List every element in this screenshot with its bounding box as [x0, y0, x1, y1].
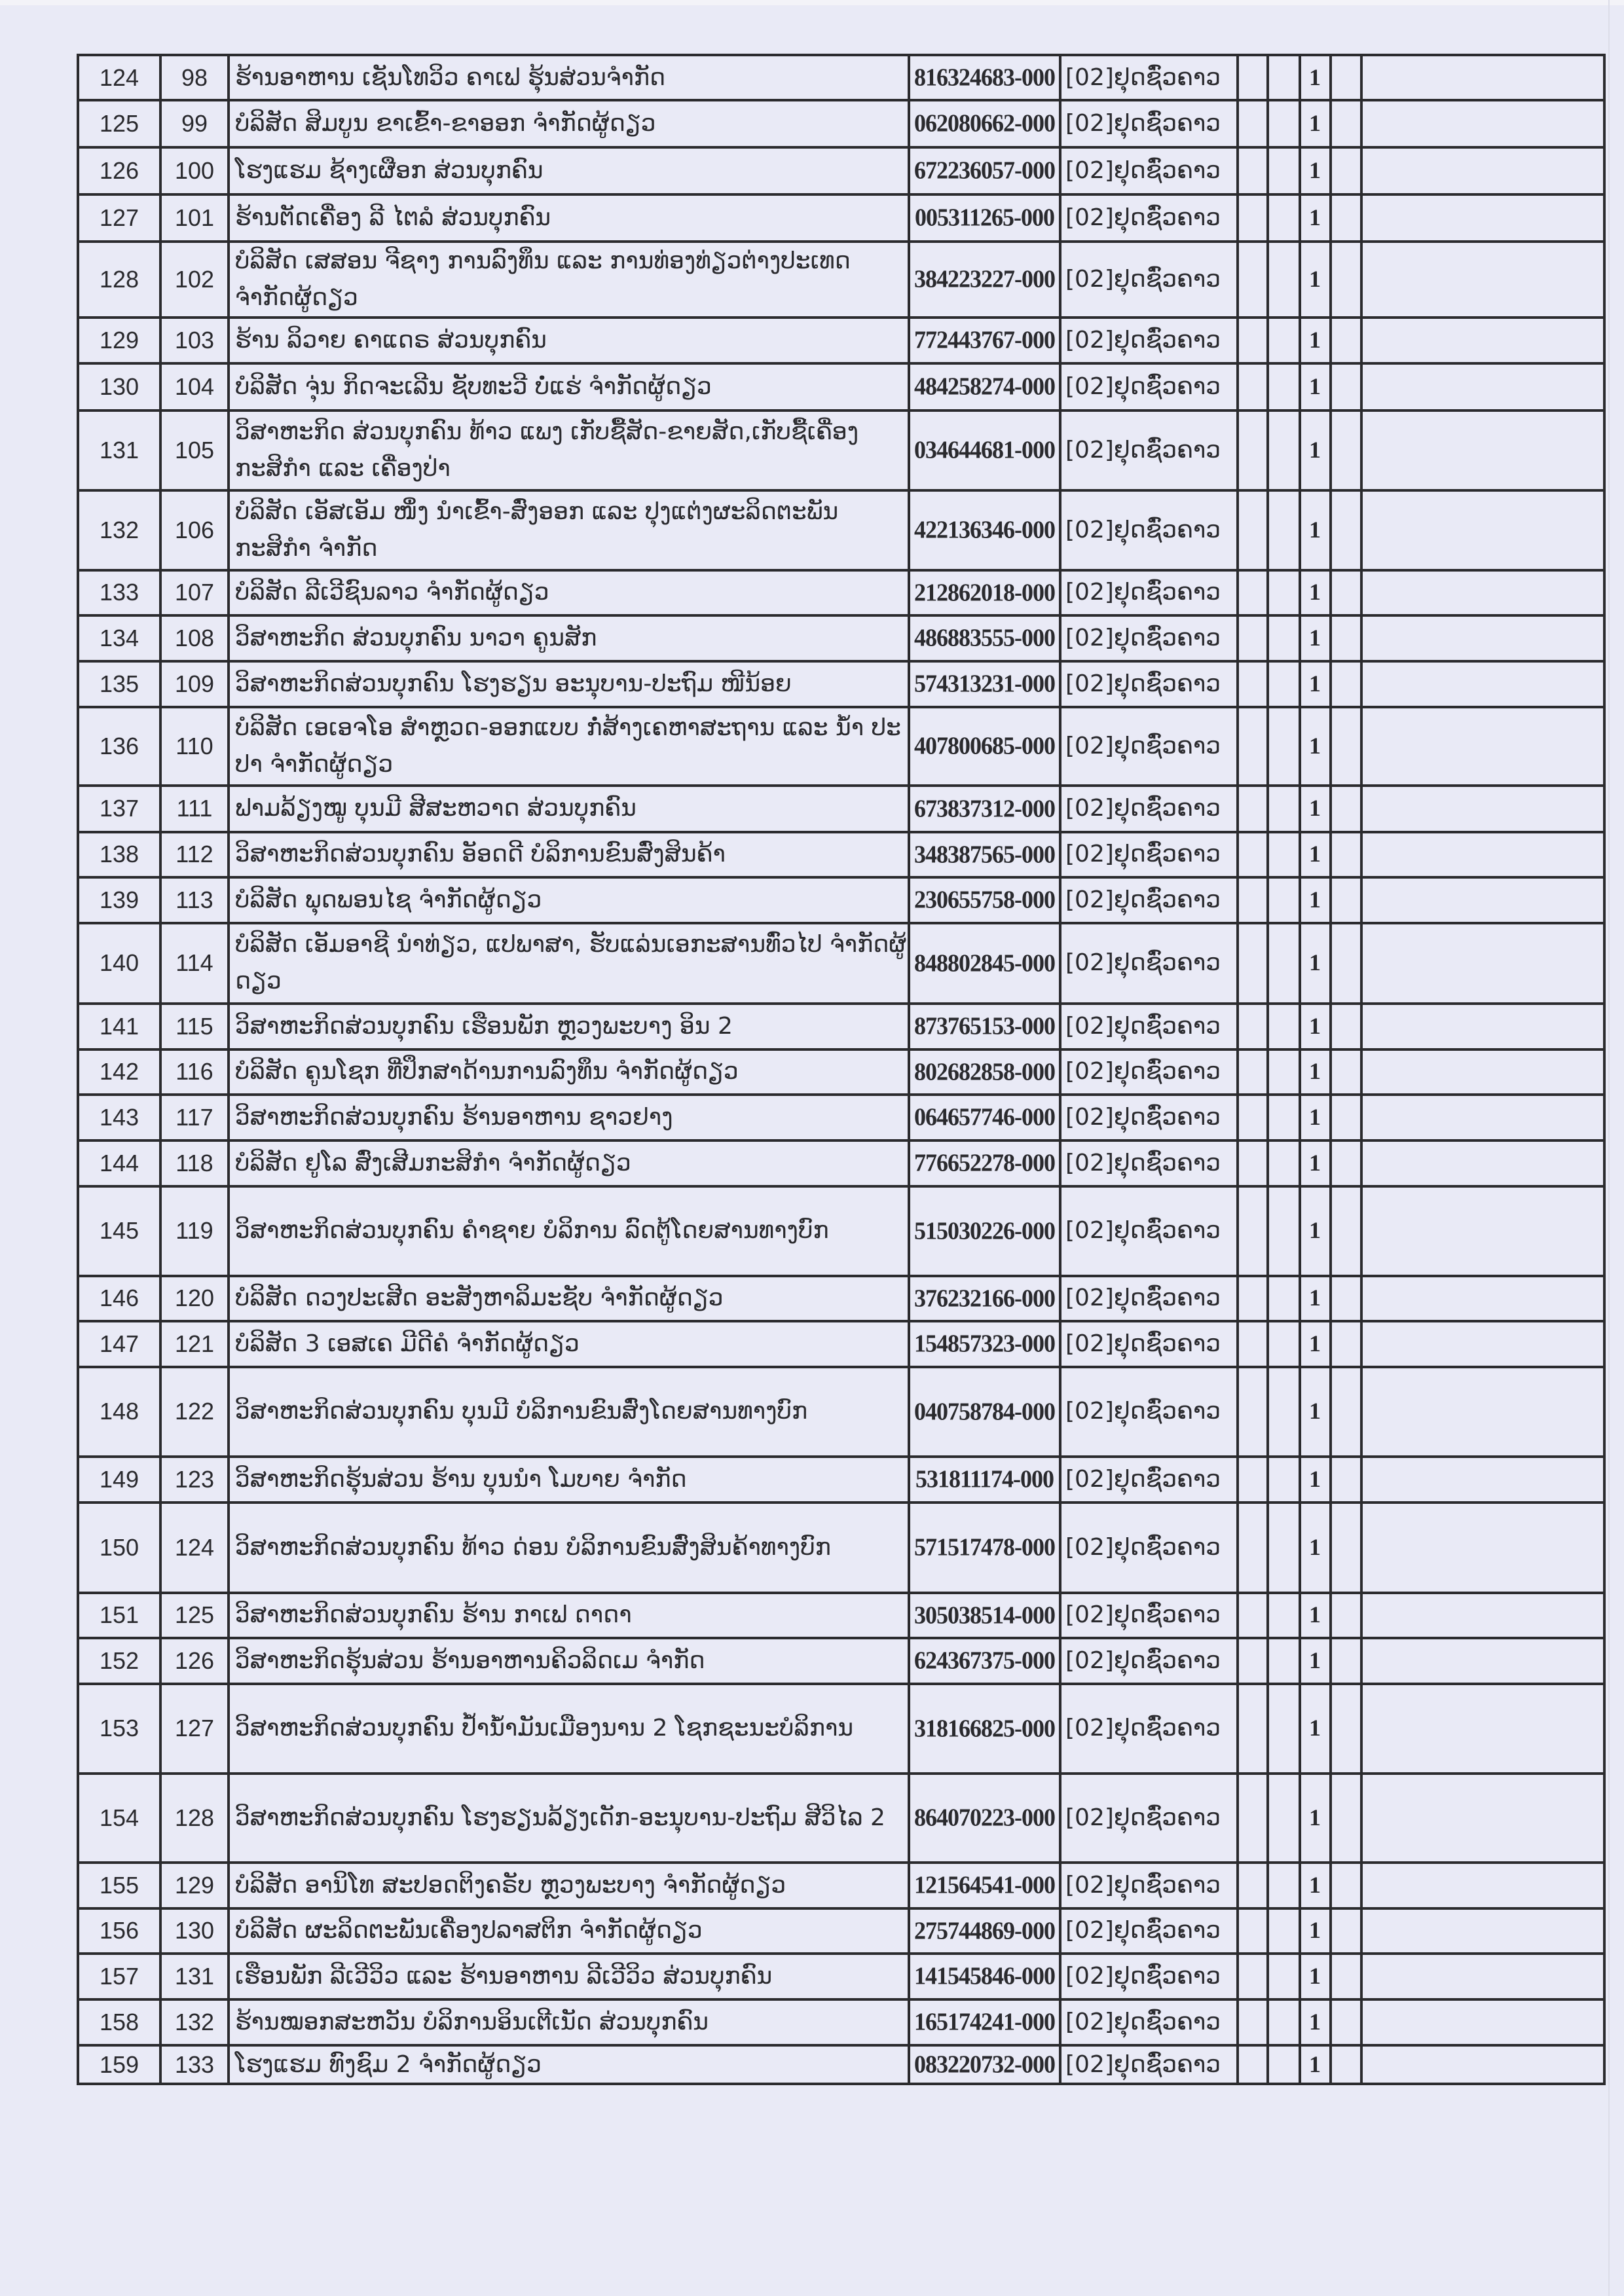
business-name: ຮ້ານໝອກສະຫວັນ ບໍລິການອິນເຕີເນັດ ສ່ວນບຸກຄ…: [229, 1999, 909, 2045]
sub-number: 127: [160, 1684, 229, 1774]
flag-value: 1: [1300, 194, 1331, 242]
table-row: 147 121 ບໍລິສັດ 3 ເອສເຄ ມີດີຄໍ ຈຳກັດຜູ້ດ…: [78, 1321, 1604, 1367]
table-row: 130 104 ບໍລິສັດ ຈຸ່ນ ກິດຈະເລີນ ຊັບທະວີ ບ…: [78, 363, 1604, 410]
empty-cell: [1268, 1684, 1300, 1774]
empty-cell: [1238, 490, 1268, 570]
business-name: ວິສາຫະກິດສ່ວນບຸກຄົນ ເຮືອນພັກ ຫຼວງພະບາງ ອ…: [229, 1004, 909, 1049]
empty-cell: [1238, 147, 1268, 194]
business-name: ວິສາຫະກິດສ່ວນບຸກຄົນ ຄຳຊາຍ ບໍລິການ ລົດຕູ້…: [229, 1186, 909, 1276]
sub-number: 100: [160, 147, 229, 194]
remarks-cell: [1361, 2045, 1604, 2085]
empty-cell: [1238, 877, 1268, 923]
row-number: 148: [78, 1367, 160, 1457]
business-name: ຮ້ານອາຫານ ເຊັນໂທວິວ ຄາເຟ ຮຸ້ນສ່ວນຈຳກັດ: [229, 55, 909, 100]
flag-value: 1: [1300, 1908, 1331, 1954]
business-name: ບໍລິສັດ ດວງປະເສີດ ອະສັງຫາລິມະຊັບ ຈຳກັດຜູ…: [229, 1276, 909, 1321]
row-number: 152: [78, 1638, 160, 1684]
empty-cell: [1268, 1321, 1300, 1367]
row-number: 156: [78, 1908, 160, 1954]
remarks-cell: [1361, 55, 1604, 100]
table-row: 151 125 ວິສາຫະກິດສ່ວນບຸກຄົນ ຮ້ານ ກາເຟ ດາ…: [78, 1593, 1604, 1638]
business-name: ບໍລິສັດ ເອເອຈໂອ ສຳຫຼວດ-ອອກແບບ ກໍ່ສ້າງເຄຫ…: [229, 707, 909, 786]
empty-cell: [1238, 1638, 1268, 1684]
empty-cell: [1238, 1684, 1268, 1774]
empty-cell: [1331, 1863, 1361, 1908]
table-row: 155 129 ບໍລິສັດ ອານິໂທ ສະປອດຕິງຄຣັບ ຫຼວງ…: [78, 1863, 1604, 1908]
status: [02]ຢຸດຊົ່ວຄາວ: [1060, 786, 1238, 832]
remarks-cell: [1361, 1999, 1604, 2045]
remarks-cell: [1361, 615, 1604, 661]
row-number: 158: [78, 1999, 160, 2045]
empty-cell: [1238, 1095, 1268, 1140]
status: [02]ຢຸດຊົ່ວຄາວ: [1060, 1503, 1238, 1593]
tax-id: 005311265-000: [909, 193, 1060, 243]
scan-top-strip: [0, 0, 1624, 5]
row-number: 155: [78, 1863, 160, 1908]
empty-cell: [1238, 194, 1268, 242]
sub-number: 109: [160, 661, 229, 707]
remarks-cell: [1361, 1684, 1604, 1774]
table-row: 142 116 ບໍລິສັດ ຄູນໂຊກ ທີ່ປຶກສາດ້ານການລົ…: [78, 1049, 1604, 1095]
sub-number: 117: [160, 1095, 229, 1140]
business-name: ບໍລິສັດ ສິມບູນ ຂາເຂົ້າ-ຂາອອກ ຈຳກັດຜູ້ດຽວ: [229, 100, 909, 147]
flag-value: 1: [1300, 923, 1331, 1004]
empty-cell: [1331, 1276, 1361, 1321]
business-name: ຮ້ານຕັດເຄື່ອງ ລີ ໄຕລໍ ສ່ວນບຸກຄົນ: [229, 194, 909, 242]
status: [02]ຢຸດຊົ່ວຄາວ: [1060, 1321, 1238, 1367]
business-name: ວິສາຫະກິດສ່ວນບຸກຄົນ ທ້າວ ດ່ອນ ບໍລິການຂົນ…: [229, 1503, 909, 1593]
empty-cell: [1238, 832, 1268, 877]
table-row: 156 130 ບໍລິສັດ ຜະລິດຕະພັນເຄື່ອງປລາສຕິກ …: [78, 1908, 1604, 1954]
business-name: ວິສາຫະກິດຮຸ້ນສ່ວນ ຮ້ານອາຫານຄິວລິດເມ ຈຳກັ…: [229, 1638, 909, 1684]
tax-id: 212862018-000: [909, 569, 1060, 616]
tax-id: 624367375-000: [909, 1637, 1060, 1685]
empty-cell: [1268, 1095, 1300, 1140]
table-row: 159 133 ໂຮງແຮມ ທົງຊົມ 2 ຈຳກັດຜູ້ດຽວ 0832…: [78, 2045, 1604, 2085]
empty-cell: [1331, 1638, 1361, 1684]
row-number: 146: [78, 1276, 160, 1321]
business-name: ວິສາຫະກິດ ສ່ວນບຸກຄົນ ທ້າວ ແພງ ເກັບຊື້ສັດ…: [229, 410, 909, 490]
empty-cell: [1331, 1774, 1361, 1863]
remarks-cell: [1361, 1276, 1604, 1321]
business-name: ບໍລິສັດ ຜະລິດຕະພັນເຄື່ອງປລາສຕິກ ຈຳກັດຜູ້…: [229, 1908, 909, 1954]
tax-id: 121564541-000: [909, 1861, 1060, 1910]
flag-value: 1: [1300, 1049, 1331, 1095]
tax-id: 574313231-000: [909, 660, 1060, 708]
empty-cell: [1238, 570, 1268, 615]
empty-cell: [1331, 570, 1361, 615]
sub-number: 123: [160, 1457, 229, 1503]
row-number: 135: [78, 661, 160, 707]
row-number: 145: [78, 1186, 160, 1276]
empty-cell: [1331, 410, 1361, 490]
tax-id: 422136346-000: [909, 488, 1060, 572]
flag-value: 1: [1300, 363, 1331, 410]
status: [02]ຢຸດຊົ່ວຄາວ: [1060, 1999, 1238, 2045]
row-number: 154: [78, 1774, 160, 1863]
empty-cell: [1238, 1908, 1268, 1954]
empty-cell: [1268, 707, 1300, 786]
empty-cell: [1331, 1908, 1361, 1954]
empty-cell: [1268, 832, 1300, 877]
row-number: 130: [78, 363, 160, 410]
row-number: 126: [78, 147, 160, 194]
scan-page-edge: [1608, 0, 1610, 2296]
sub-number: 99: [160, 100, 229, 147]
tax-id: 486883555-000: [909, 614, 1060, 663]
empty-cell: [1238, 1999, 1268, 2045]
flag-value: 1: [1300, 1457, 1331, 1503]
remarks-cell: [1361, 661, 1604, 707]
sub-number: 107: [160, 570, 229, 615]
status: [02]ຢຸດຊົ່ວຄາວ: [1060, 1684, 1238, 1774]
sub-number: 103: [160, 318, 229, 363]
sub-number: 118: [160, 1140, 229, 1186]
remarks-cell: [1361, 1863, 1604, 1908]
remarks-cell: [1361, 242, 1604, 318]
empty-cell: [1238, 242, 1268, 318]
empty-cell: [1238, 363, 1268, 410]
tax-id: 034644681-000: [909, 409, 1060, 492]
empty-cell: [1331, 1186, 1361, 1276]
table-row: 133 107 ບໍລິສັດ ລີເວີຊົນລາວ ຈຳກັດຜູ້ດຽວ …: [78, 570, 1604, 615]
remarks-cell: [1361, 707, 1604, 786]
table-row: 126 100 ໂຮງແຮມ ຊ້າງເຜືອກ ສ່ວນບຸກຄົນ 6722…: [78, 147, 1604, 194]
empty-cell: [1268, 1367, 1300, 1457]
sub-number: 108: [160, 615, 229, 661]
row-number: 133: [78, 570, 160, 615]
sub-number: 104: [160, 363, 229, 410]
table-row: 124 98 ຮ້ານອາຫານ ເຊັນໂທວິວ ຄາເຟ ຮຸ້ນສ່ວນ…: [78, 55, 1604, 100]
remarks-cell: [1361, 786, 1604, 832]
sub-number: 115: [160, 1004, 229, 1049]
sub-number: 122: [160, 1367, 229, 1457]
status: [02]ຢຸດຊົ່ວຄາວ: [1060, 1367, 1238, 1457]
remarks-cell: [1361, 363, 1604, 410]
status: [02]ຢຸດຊົ່ວຄາວ: [1060, 1049, 1238, 1095]
remarks-cell: [1361, 1503, 1604, 1593]
tax-id: 515030226-000: [909, 1184, 1060, 1278]
business-name: ຮ້ານ ລິວາຍ ຄາແດຣ ສ່ວນບຸກຄົນ: [229, 318, 909, 363]
empty-cell: [1268, 1638, 1300, 1684]
business-name: ຟາມລ້ຽງໝູ ບຸນມີ ສີສະຫວາດ ສ່ວນບຸກຄົນ: [229, 786, 909, 832]
remarks-cell: [1361, 1140, 1604, 1186]
sub-number: 110: [160, 707, 229, 786]
empty-cell: [1238, 1276, 1268, 1321]
sub-number: 120: [160, 1276, 229, 1321]
flag-value: 1: [1300, 410, 1331, 490]
empty-cell: [1238, 1186, 1268, 1276]
table-row: 136 110 ບໍລິສັດ ເອເອຈໂອ ສຳຫຼວດ-ອອກແບບ ກໍ…: [78, 707, 1604, 786]
empty-cell: [1268, 2045, 1300, 2085]
remarks-cell: [1361, 1049, 1604, 1095]
flag-value: 1: [1300, 1321, 1331, 1367]
empty-cell: [1331, 147, 1361, 194]
remarks-cell: [1361, 1186, 1604, 1276]
empty-cell: [1331, 242, 1361, 318]
row-number: 157: [78, 1954, 160, 1999]
empty-cell: [1331, 1321, 1361, 1367]
empty-cell: [1268, 490, 1300, 570]
row-number: 137: [78, 786, 160, 832]
tax-id: 154857323-000: [909, 1320, 1060, 1368]
empty-cell: [1268, 318, 1300, 363]
tax-id: 040758784-000: [909, 1364, 1060, 1459]
empty-cell: [1331, 1367, 1361, 1457]
row-number: 131: [78, 410, 160, 490]
business-name: ບໍລິສັດ ຈຸ່ນ ກິດຈະເລີນ ຊັບທະວີ ບໍ່ແຮ່ ຈຳ…: [229, 363, 909, 410]
status: [02]ຢຸດຊົ່ວຄາວ: [1060, 363, 1238, 410]
tax-id: 407800685-000: [909, 705, 1060, 788]
status: [02]ຢຸດຊົ່ວຄາວ: [1060, 923, 1238, 1004]
table-row: 125 99 ບໍລິສັດ ສິມບູນ ຂາເຂົ້າ-ຂາອອກ ຈຳກັ…: [78, 100, 1604, 147]
status: [02]ຢຸດຊົ່ວຄາວ: [1060, 1186, 1238, 1276]
remarks-cell: [1361, 1774, 1604, 1863]
empty-cell: [1268, 242, 1300, 318]
empty-cell: [1238, 1140, 1268, 1186]
business-name: ໂຮງແຮມ ຊ້າງເຜືອກ ສ່ວນບຸກຄົນ: [229, 147, 909, 194]
status: [02]ຢຸດຊົ່ວຄາວ: [1060, 1908, 1238, 1954]
empty-cell: [1268, 570, 1300, 615]
empty-cell: [1331, 1140, 1361, 1186]
status: [02]ຢຸດຊົ່ວຄາວ: [1060, 1954, 1238, 1999]
sub-number: 129: [160, 1863, 229, 1908]
business-name: ວິສາຫະກິດສ່ວນບຸກຄົນ ໂຮງຮຽນລ້ຽງເດັກ-ອະນຸບ…: [229, 1774, 909, 1863]
status: [02]ຢຸດຊົ່ວຄາວ: [1060, 1593, 1238, 1638]
remarks-cell: [1361, 1321, 1604, 1367]
empty-cell: [1331, 1095, 1361, 1140]
table-row: 144 118 ບໍລິສັດ ຢູໂລ ສົ່ງເສີມກະສິກຳ ຈຳກັ…: [78, 1140, 1604, 1186]
empty-cell: [1268, 100, 1300, 147]
tax-id: 672236057-000: [909, 146, 1060, 196]
row-number: 140: [78, 923, 160, 1004]
flag-value: 1: [1300, 318, 1331, 363]
empty-cell: [1238, 2045, 1268, 2085]
remarks-cell: [1361, 923, 1604, 1004]
remarks-cell: [1361, 1908, 1604, 1954]
empty-cell: [1238, 1049, 1268, 1095]
empty-cell: [1268, 1140, 1300, 1186]
flag-value: 1: [1300, 832, 1331, 877]
business-name: ວິສາຫະກິດສ່ວນບຸກຄົນ ບຸນມີ ບໍລິການຂົນສົ່ງ…: [229, 1367, 909, 1457]
empty-cell: [1331, 1593, 1361, 1638]
flag-value: 1: [1300, 1684, 1331, 1774]
business-name: ເຮືອນພັກ ລີເວີວິວ ແລະ ຮ້ານອາຫານ ລີເວີວິວ…: [229, 1954, 909, 1999]
taxpayer-register-table: 124 98 ຮ້ານອາຫານ ເຊັນໂທວິວ ຄາເຟ ຮຸ້ນສ່ວນ…: [77, 54, 1606, 2085]
row-number: 127: [78, 194, 160, 242]
row-number: 125: [78, 100, 160, 147]
business-name: ບໍລິສັດ ອານິໂທ ສະປອດຕິງຄຣັບ ຫຼວງພະບາງ ຈຳ…: [229, 1863, 909, 1908]
empty-cell: [1238, 786, 1268, 832]
status: [02]ຢຸດຊົ່ວຄາວ: [1060, 1457, 1238, 1503]
flag-value: 1: [1300, 55, 1331, 100]
table-row: 148 122 ວິສາຫະກິດສ່ວນບຸກຄົນ ບຸນມີ ບໍລິກາ…: [78, 1367, 1604, 1457]
tax-id: 873765153-000: [909, 1002, 1060, 1051]
flag-value: 1: [1300, 490, 1331, 570]
sub-number: 98: [160, 55, 229, 100]
sub-number: 101: [160, 194, 229, 242]
sub-number: 116: [160, 1049, 229, 1095]
status: [02]ຢຸດຊົ່ວຄາວ: [1060, 1863, 1238, 1908]
empty-cell: [1268, 1457, 1300, 1503]
empty-cell: [1238, 1774, 1268, 1863]
sub-number: 112: [160, 832, 229, 877]
tax-id: 776652278-000: [909, 1139, 1060, 1188]
status: [02]ຢຸດຊົ່ວຄາວ: [1060, 1140, 1238, 1186]
empty-cell: [1268, 1276, 1300, 1321]
status: [02]ຢຸດຊົ່ວຄາວ: [1060, 570, 1238, 615]
empty-cell: [1331, 100, 1361, 147]
empty-cell: [1268, 1004, 1300, 1049]
business-name: ວິສາຫະກິດຮຸ້ນສ່ວນ ຮ້ານ ບຸນນຳ ໂມບາຍ ຈຳກັດ: [229, 1457, 909, 1503]
status: [02]ຢຸດຊົ່ວຄາວ: [1060, 661, 1238, 707]
empty-cell: [1331, 490, 1361, 570]
business-name: ໂຮງແຮມ ທົງຊົມ 2 ຈຳກັດຜູ້ດຽວ: [229, 2045, 909, 2085]
business-name: ບໍລິສັດ ເອັມອາຊີ ນຳທ່ຽວ, ແປພາສາ, ຮັບແລ່ນ…: [229, 923, 909, 1004]
row-number: 128: [78, 242, 160, 318]
table-row: 131 105 ວິສາຫະກິດ ສ່ວນບຸກຄົນ ທ້າວ ແພງ ເກ…: [78, 410, 1604, 490]
sub-number: 111: [160, 786, 229, 832]
empty-cell: [1238, 1004, 1268, 1049]
empty-cell: [1331, 1457, 1361, 1503]
table-body: 124 98 ຮ້ານອາຫານ ເຊັນໂທວິວ ຄາເຟ ຮຸ້ນສ່ວນ…: [78, 55, 1604, 2084]
row-number: 124: [78, 55, 160, 100]
table-row: 140 114 ບໍລິສັດ ເອັມອາຊີ ນຳທ່ຽວ, ແປພາສາ,…: [78, 923, 1604, 1004]
sub-number: 106: [160, 490, 229, 570]
business-name: ວິສາຫະກິດສ່ວນບຸກຄົນ ຮ້ານ ກາເຟ ດາດາ: [229, 1593, 909, 1638]
business-name: ບໍລິສັດ ພຸດພອນໄຊ ຈຳກັດຜູ້ດຽວ: [229, 877, 909, 923]
table-row: 157 131 ເຮືອນພັກ ລີເວີວິວ ແລະ ຮ້ານອາຫານ …: [78, 1954, 1604, 1999]
empty-cell: [1268, 877, 1300, 923]
empty-cell: [1331, 318, 1361, 363]
empty-cell: [1331, 1954, 1361, 1999]
tax-id: 384223227-000: [909, 240, 1060, 319]
status: [02]ຢຸດຊົ່ວຄາວ: [1060, 100, 1238, 147]
flag-value: 1: [1300, 707, 1331, 786]
empty-cell: [1238, 1863, 1268, 1908]
empty-cell: [1268, 147, 1300, 194]
empty-cell: [1331, 55, 1361, 100]
remarks-cell: [1361, 147, 1604, 194]
tax-id: 083220732-000: [909, 2044, 1060, 2085]
flag-value: 1: [1300, 2045, 1331, 2085]
table-row: 139 113 ບໍລິສັດ ພຸດພອນໄຊ ຈຳກັດຜູ້ດຽວ 230…: [78, 877, 1604, 923]
empty-cell: [1238, 923, 1268, 1004]
empty-cell: [1238, 1457, 1268, 1503]
empty-cell: [1238, 100, 1268, 147]
empty-cell: [1331, 1684, 1361, 1774]
remarks-cell: [1361, 832, 1604, 877]
status: [02]ຢຸດຊົ່ວຄາວ: [1060, 1276, 1238, 1321]
empty-cell: [1238, 1503, 1268, 1593]
empty-cell: [1268, 1186, 1300, 1276]
empty-cell: [1238, 1954, 1268, 1999]
status: [02]ຢຸດຊົ່ວຄາວ: [1060, 832, 1238, 877]
status: [02]ຢຸດຊົ່ວຄາວ: [1060, 490, 1238, 570]
empty-cell: [1268, 410, 1300, 490]
status: [02]ຢຸດຊົ່ວຄາວ: [1060, 410, 1238, 490]
empty-cell: [1268, 786, 1300, 832]
table-row: 158 132 ຮ້ານໝອກສະຫວັນ ບໍລິການອິນເຕີເນັດ …: [78, 1999, 1604, 2045]
table-row: 143 117 ວິສາຫະກິດສ່ວນບຸກຄົນ ຮ້ານອາຫານ ຊາ…: [78, 1095, 1604, 1140]
row-number: 138: [78, 832, 160, 877]
business-name: ບໍລິສັດ ລີເວີຊົນລາວ ຈຳກັດຜູ້ດຽວ: [229, 570, 909, 615]
empty-cell: [1268, 1954, 1300, 1999]
flag-value: 1: [1300, 661, 1331, 707]
row-number: 151: [78, 1593, 160, 1638]
status: [02]ຢຸດຊົ່ວຄາວ: [1060, 194, 1238, 242]
sub-number: 132: [160, 1999, 229, 2045]
tax-id: 348387565-000: [909, 831, 1060, 878]
row-number: 143: [78, 1095, 160, 1140]
empty-cell: [1331, 363, 1361, 410]
status: [02]ຢຸດຊົ່ວຄາວ: [1060, 1095, 1238, 1140]
row-number: 132: [78, 490, 160, 570]
empty-cell: [1238, 318, 1268, 363]
sub-number: 114: [160, 923, 229, 1004]
business-name: ວິສາຫະກິດສ່ວນບຸກຄົນ ປ້ຳນ້ຳມັນເມືອງນານ 2 …: [229, 1684, 909, 1774]
sub-number: 133: [160, 2045, 229, 2085]
sub-number: 130: [160, 1908, 229, 1954]
empty-cell: [1331, 923, 1361, 1004]
business-name: ວິສາຫະກິດ ສ່ວນບຸກຄົນ ນາວາ ຄູນສັກ: [229, 615, 909, 661]
empty-cell: [1268, 923, 1300, 1004]
business-name: ບໍລິສັດ ຄູນໂຊກ ທີ່ປຶກສາດ້ານການລົງທຶນ ຈຳກ…: [229, 1049, 909, 1095]
sub-number: 128: [160, 1774, 229, 1863]
status: [02]ຢຸດຊົ່ວຄາວ: [1060, 1004, 1238, 1049]
table-row: 127 101 ຮ້ານຕັດເຄື່ອງ ລີ ໄຕລໍ ສ່ວນບຸກຄົນ…: [78, 194, 1604, 242]
empty-cell: [1238, 1367, 1268, 1457]
status: [02]ຢຸດຊົ່ວຄາວ: [1060, 147, 1238, 194]
tax-id: 165174241-000: [909, 1998, 1060, 2047]
status: [02]ຢຸດຊົ່ວຄາວ: [1060, 1638, 1238, 1684]
flag-value: 1: [1300, 242, 1331, 318]
row-number: 159: [78, 2045, 160, 2085]
remarks-cell: [1361, 1954, 1604, 1999]
flag-value: 1: [1300, 100, 1331, 147]
empty-cell: [1331, 832, 1361, 877]
tax-id: 275744869-000: [909, 1907, 1060, 1954]
business-name: ວິສາຫະກິດສ່ວນບຸກຄົນ ໂຮງຮຽນ ອະນຸບານ-ປະຖົມ…: [229, 661, 909, 707]
flag-value: 1: [1300, 147, 1331, 194]
flag-value: 1: [1300, 877, 1331, 923]
tax-id: 376232166-000: [909, 1275, 1060, 1322]
business-name: ບໍລິສັດ ຢູໂລ ສົ່ງເສີມກະສິກຳ ຈຳກັດຜູ້ດຽວ: [229, 1140, 909, 1186]
flag-value: 1: [1300, 1638, 1331, 1684]
remarks-cell: [1361, 318, 1604, 363]
remarks-cell: [1361, 877, 1604, 923]
status: [02]ຢຸດຊົ່ວຄາວ: [1060, 318, 1238, 363]
table-row: 137 111 ຟາມລ້ຽງໝູ ບຸນມີ ສີສະຫວາດ ສ່ວນບຸກ…: [78, 786, 1604, 832]
flag-value: 1: [1300, 1140, 1331, 1186]
tax-id: 571517478-000: [909, 1500, 1060, 1595]
flag-value: 1: [1300, 1954, 1331, 1999]
tax-id: 816324683-000: [909, 54, 1060, 101]
table-row: 146 120 ບໍລິສັດ ດວງປະເສີດ ອະສັງຫາລິມະຊັບ…: [78, 1276, 1604, 1321]
tax-id: 305038514-000: [909, 1592, 1060, 1639]
sub-number: 121: [160, 1321, 229, 1367]
sub-number: 102: [160, 242, 229, 318]
row-number: 134: [78, 615, 160, 661]
business-name: ວິສາຫະກິດສ່ວນບຸກຄົນ ຮ້ານອາຫານ ຊາວຢາງ: [229, 1095, 909, 1140]
table-row: 135 109 ວິສາຫະກິດສ່ວນບຸກຄົນ ໂຮງຮຽນ ອະນຸບ…: [78, 661, 1604, 707]
empty-cell: [1268, 363, 1300, 410]
remarks-cell: [1361, 1457, 1604, 1503]
tax-id: 484258274-000: [909, 362, 1060, 412]
row-number: 136: [78, 707, 160, 786]
remarks-cell: [1361, 1095, 1604, 1140]
table-row: 134 108 ວິສາຫະກິດ ສ່ວນບຸກຄົນ ນາວາ ຄູນສັກ…: [78, 615, 1604, 661]
